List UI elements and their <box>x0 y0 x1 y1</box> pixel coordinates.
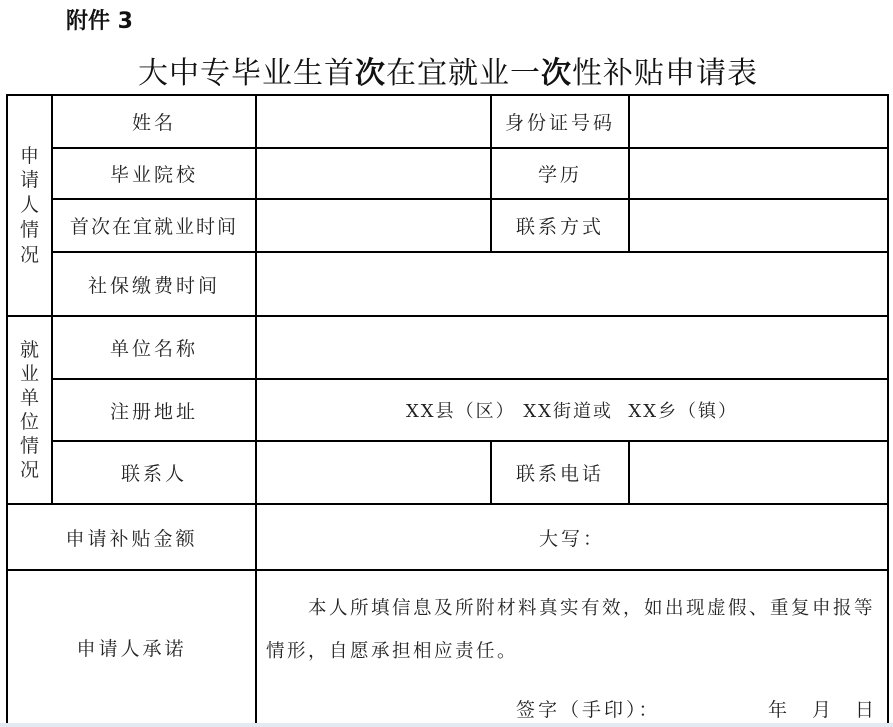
signature-label: 签字（手印）： <box>516 695 661 722</box>
section-char: 业 <box>20 362 39 386</box>
section-char: 情 <box>20 434 39 458</box>
table-border-right <box>887 94 889 725</box>
first-employment-time-field[interactable] <box>257 200 490 251</box>
section-char: 请 <box>20 168 39 193</box>
subsidy-amount-label: 申请补贴金额 <box>8 505 255 569</box>
registered-address-label: 注册地址 <box>53 380 255 440</box>
title-part-bold: 次 <box>355 56 386 91</box>
education-label: 学历 <box>492 149 628 198</box>
social-insurance-time-label: 社保缴费时间 <box>53 253 255 315</box>
registered-address-field[interactable]: XX县（区） XX街道或 XX乡（镇） <box>257 380 887 440</box>
education-field[interactable] <box>630 149 887 198</box>
section-char: 单 <box>20 386 39 410</box>
section-char: 申 <box>20 144 39 169</box>
section-char: 就 <box>20 338 39 362</box>
section-char: 人 <box>20 193 39 218</box>
contact-phone-label: 联系电话 <box>492 442 628 503</box>
title-part: 大中专毕业生首 <box>138 56 355 91</box>
first-employment-time-label: 首次在宜就业时间 <box>53 200 255 251</box>
pledge-label: 申请人承诺 <box>8 571 255 723</box>
signature-field[interactable] <box>660 692 760 720</box>
school-field[interactable] <box>257 149 490 198</box>
contact-field[interactable] <box>630 200 887 251</box>
school-label: 毕业院校 <box>53 149 255 198</box>
name-field[interactable] <box>257 96 490 147</box>
section-char: 情 <box>20 218 39 243</box>
date-month-label: 月 <box>812 695 834 722</box>
title-part-bold: 次 <box>541 56 572 91</box>
applicant-section-label: 申 请 人 情 况 <box>8 96 51 315</box>
company-name-field[interactable] <box>257 317 887 378</box>
uppercase-amount-prefix: 大写： <box>539 524 605 551</box>
contact-label: 联系方式 <box>492 200 628 251</box>
name-label: 姓名 <box>53 96 255 147</box>
form-title: 大中专毕业生首次在宜就业一次性补贴申请表 <box>138 48 838 92</box>
title-part: 在宜就业一 <box>386 56 541 91</box>
social-insurance-time-field[interactable] <box>257 253 887 315</box>
section-char: 况 <box>20 243 39 268</box>
attachment-label: 附件 3 <box>66 4 133 35</box>
date-day-label: 日 <box>855 695 877 722</box>
contact-phone-field[interactable] <box>630 442 887 503</box>
subsidy-amount-field[interactable]: 大写： <box>257 505 887 569</box>
contact-person-field[interactable] <box>257 442 490 503</box>
date-year-label: 年 <box>768 695 790 722</box>
title-part: 性补贴申请表 <box>572 56 758 91</box>
section-char: 位 <box>20 410 39 434</box>
contact-person-label: 联系人 <box>53 442 255 503</box>
pledge-text: 本人所填信息及所附材料真实有效，如出现虚假、重复申报等情形，自愿承担相应责任。 <box>266 587 880 673</box>
page-bottom-edge <box>0 723 893 727</box>
id-number-label: 身份证号码 <box>492 96 628 147</box>
company-name-label: 单位名称 <box>53 317 255 378</box>
employer-section-label: 就 业 单 位 情 况 <box>8 317 51 503</box>
section-char: 况 <box>20 458 39 482</box>
id-number-field[interactable] <box>630 96 887 147</box>
